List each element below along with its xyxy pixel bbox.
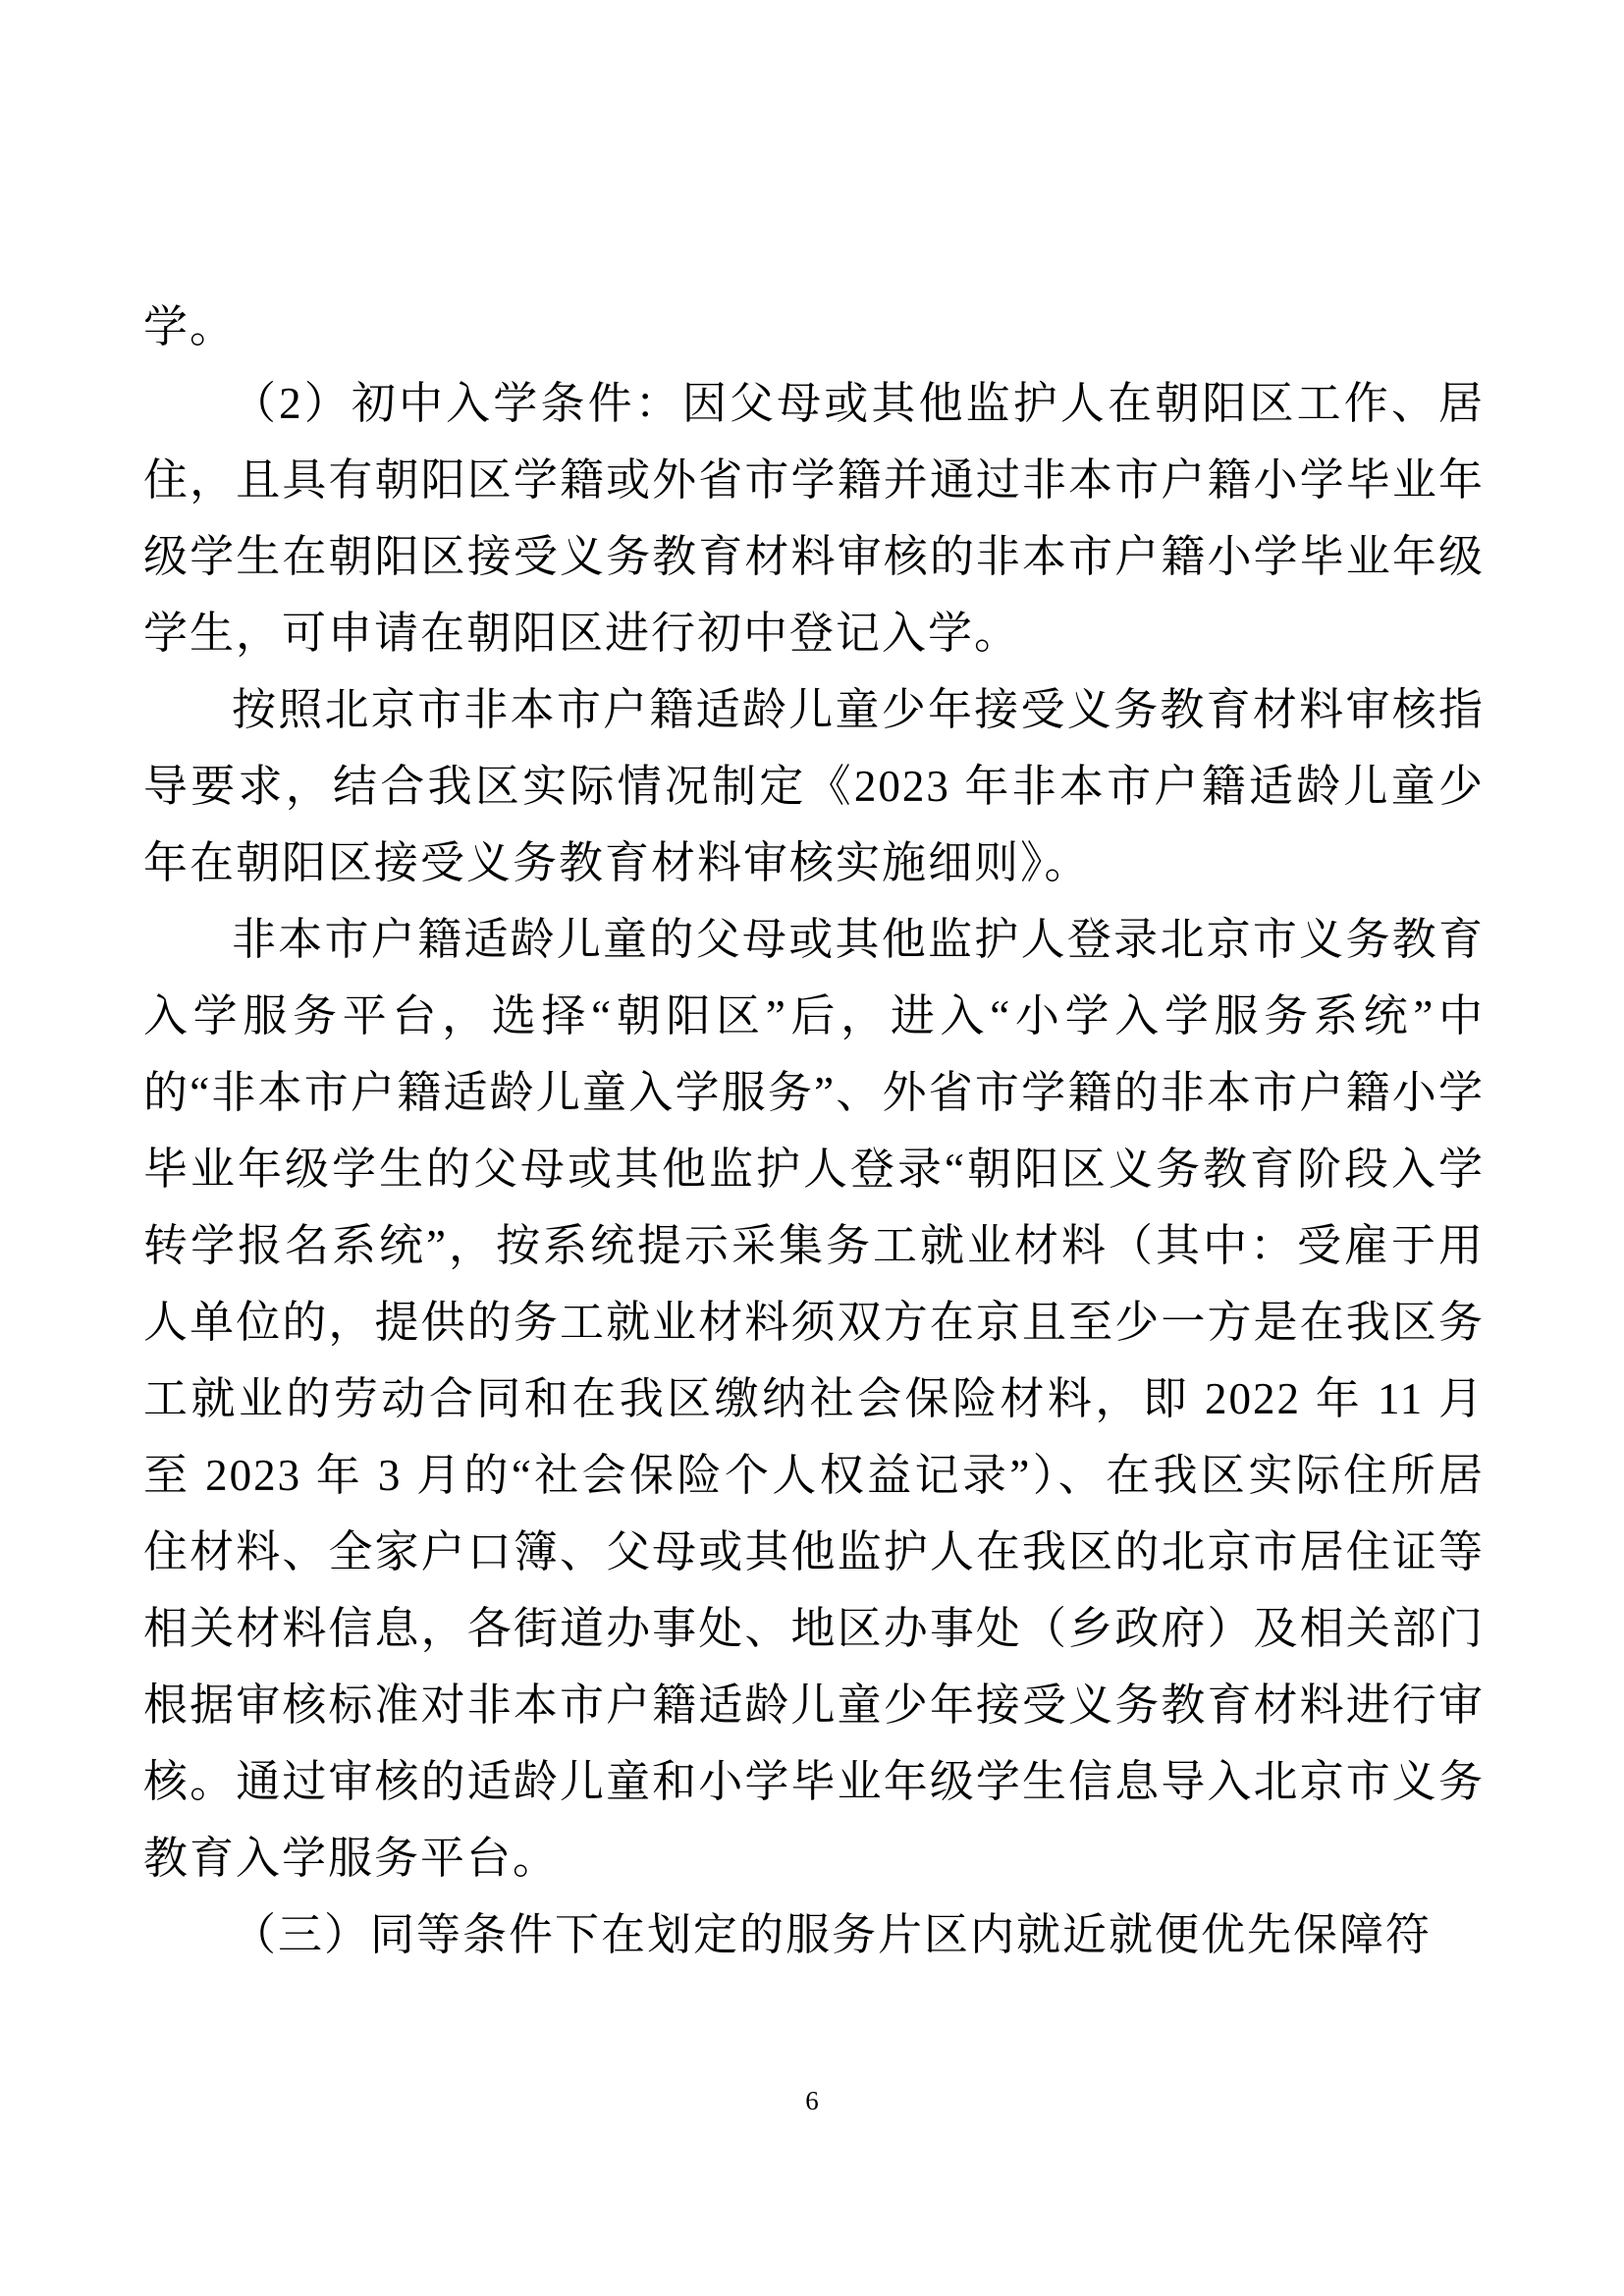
paragraph-review-rules: 按照北京市非本市户籍适龄儿童少年接受义务教育材料审核指导要求，结合我区实际情况制… <box>143 671 1485 901</box>
paragraph-junior-high-conditions: （2）初中入学条件：因父母或其他监护人在朝阳区工作、居住，且具有朝阳区学籍或外省… <box>143 365 1485 671</box>
page-number: 6 <box>0 2083 1624 2118</box>
document-page: 学。 （2）初中入学条件：因父母或其他监护人在朝阳区工作、居住，且具有朝阳区学籍… <box>0 0 1624 2296</box>
paragraph-continuation: 学。 <box>143 289 1485 365</box>
paragraph-section-three-heading: （三）同等条件下在划定的服务片区内就近就便优先保障符 <box>143 1896 1485 1973</box>
paragraph-application-process: 非本市户籍适龄儿童的父母或其他监护人登录北京市义务教育入学服务平台，选择“朝阳区… <box>143 901 1485 1896</box>
document-body-text: 学。 （2）初中入学条件：因父母或其他监护人在朝阳区工作、居住，且具有朝阳区学籍… <box>143 289 1485 1973</box>
